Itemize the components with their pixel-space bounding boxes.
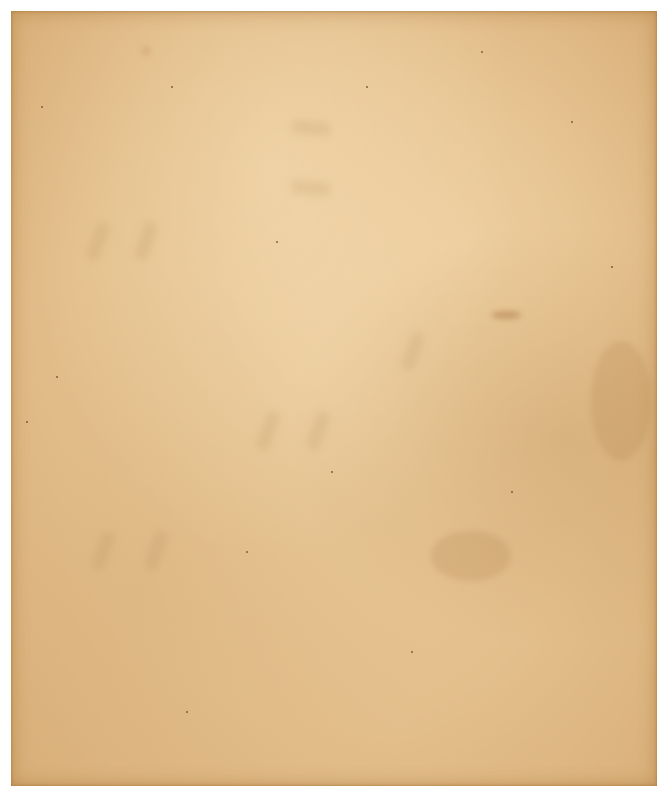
canvas: [0, 0, 667, 800]
speck: [571, 121, 573, 123]
speck: [331, 471, 333, 473]
stain: [491, 311, 521, 319]
speck: [246, 551, 248, 553]
stain: [141, 46, 151, 56]
bleed-through-mark: [305, 410, 332, 452]
speck: [26, 421, 28, 423]
speck: [41, 106, 43, 108]
speck: [366, 86, 368, 88]
bleed-through-mark: [90, 530, 117, 572]
bleed-through-mark: [133, 220, 160, 262]
bleed-through-mark: [85, 220, 112, 262]
bleed-through-mark: [143, 530, 170, 572]
bleed-through-mark: [255, 410, 282, 452]
speck: [56, 376, 58, 378]
bleed-through-mark: [290, 179, 331, 196]
speck: [186, 711, 188, 713]
speck: [276, 241, 278, 243]
speck: [481, 51, 483, 53]
stain: [431, 531, 511, 581]
aged-paper-sheet: [11, 11, 657, 786]
speck: [171, 86, 173, 88]
bleed-through-mark: [400, 330, 427, 372]
speck: [411, 651, 413, 653]
speck: [611, 266, 613, 268]
stain: [591, 341, 651, 461]
speck: [511, 491, 513, 493]
bleed-through-mark: [290, 119, 331, 136]
